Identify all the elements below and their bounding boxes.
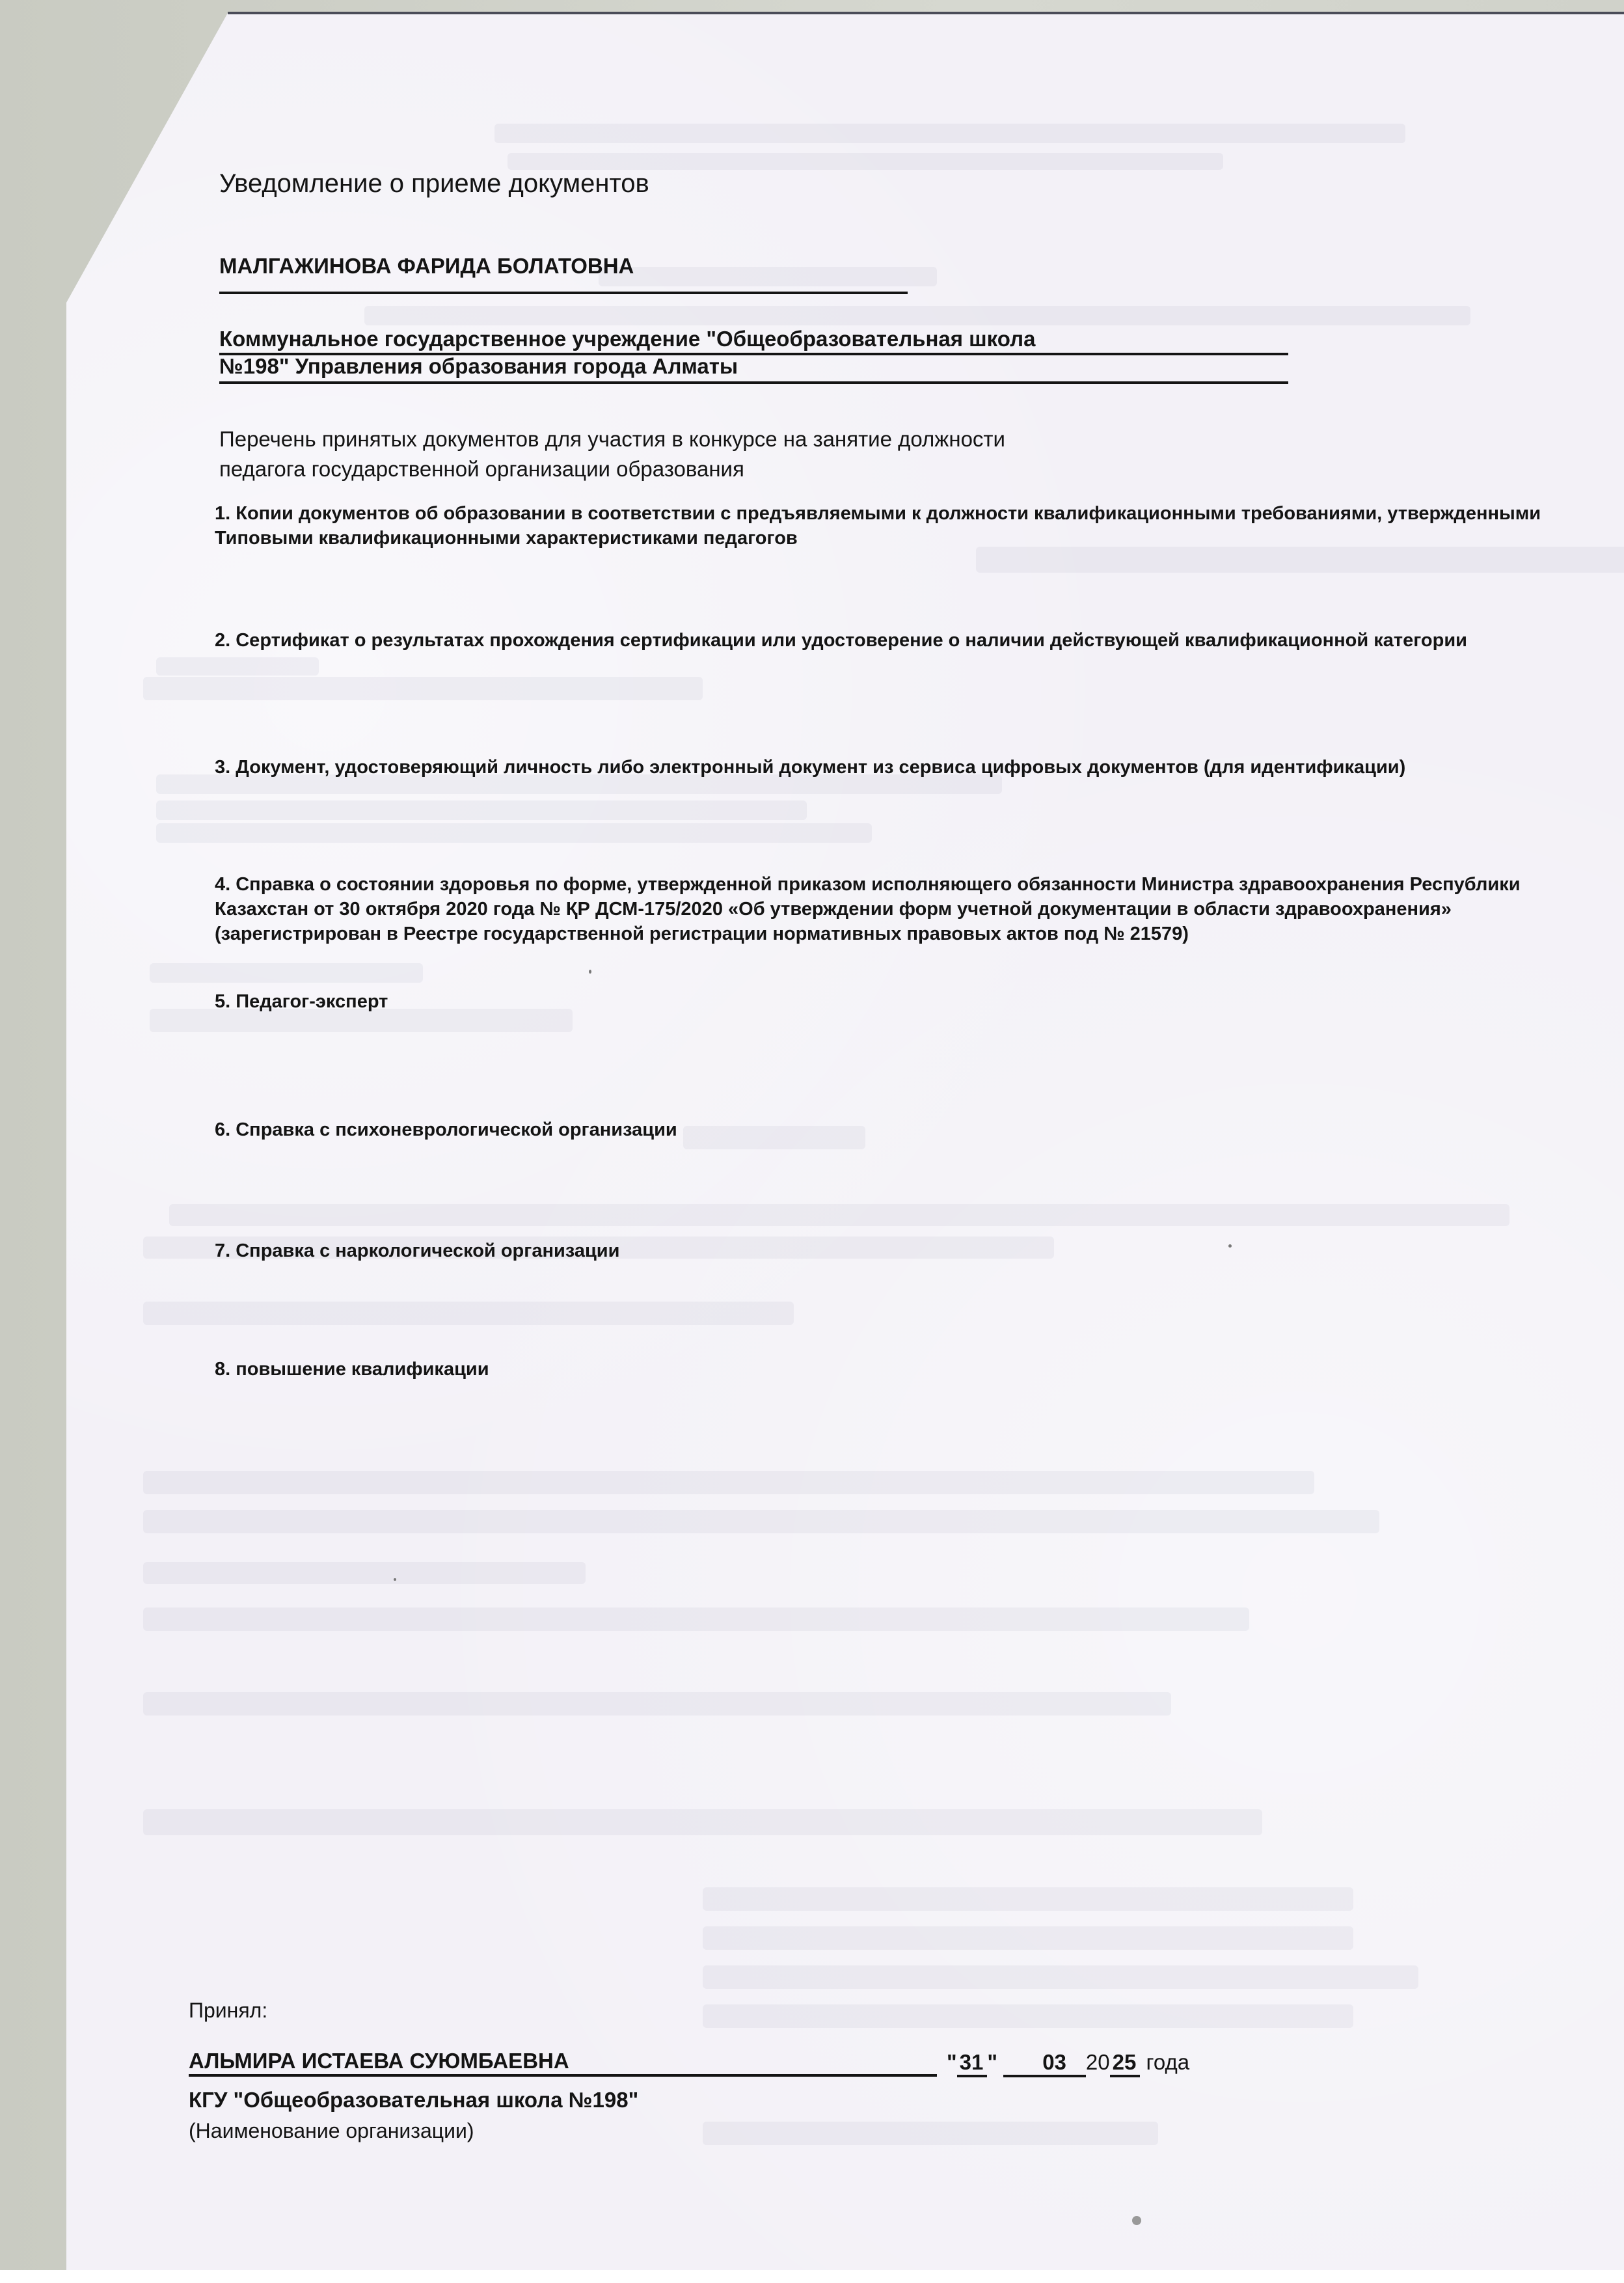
accepted-by-name: АЛЬМИРА ИСТАЕВА СУЮМБАЕВНА [189, 2050, 569, 2071]
document-item-1: 1. Копии документов об образовании в соо… [215, 501, 1594, 551]
document-item-5: 5. Педагог-эксперт [215, 989, 1594, 1014]
organization-caption: (Наименование организации) [189, 2120, 474, 2141]
date-month: 03 [1003, 2050, 1086, 2077]
list-intro-line-1: Перечень принятых документов для участия… [219, 424, 1293, 454]
organization-line-1: Коммунальное государственное учреждение … [219, 325, 1293, 353]
document-item-8: 8. повышение квалификации [215, 1357, 1594, 1382]
scan-bottom-margin [0, 2270, 1624, 2283]
date-day: 31 [957, 2050, 988, 2077]
organization-short-name: КГУ "Общеобразовательная школа №198" [189, 2089, 638, 2111]
applicant-name: МАЛГАЖИНОВА ФАРИДА БОЛАТОВНА [219, 255, 634, 277]
documents-list-intro: Перечень принятых документов для участия… [219, 424, 1293, 484]
organization-underline-2 [219, 381, 1288, 384]
date-year-word: года [1146, 2050, 1190, 2075]
date-quote-close: " [987, 2050, 997, 2075]
organization-underline-1 [219, 353, 1288, 355]
accepted-by-label: Принял: [189, 2000, 267, 2021]
acceptance-date: "31 " 032025 года [947, 2050, 1189, 2077]
date-quote-open: " [947, 2050, 957, 2075]
document-item-4: 4. Справка о состоянии здоровья по форме… [215, 872, 1555, 946]
document-item-2: 2. Сертификат о результатах прохождения … [215, 628, 1594, 653]
document-item-7: 7. Справка с наркологической организации [215, 1238, 1594, 1263]
list-intro-line-2: педагога государственной организации обр… [219, 454, 1293, 484]
date-month-value: 03 [1042, 2050, 1066, 2075]
document-item-3: 3. Документ, удостоверяющий личность либ… [215, 755, 1451, 780]
date-year-suffix: 25 [1110, 2050, 1141, 2077]
document-item-6: 6. Справка с психоневрологической органи… [215, 1117, 1594, 1142]
date-year-prefix: 20 [1086, 2050, 1110, 2075]
document-title: Уведомление о приеме документов [219, 171, 649, 197]
organization-line-2: №198" Управления образования города Алма… [219, 353, 1293, 380]
accepted-by-underline [189, 2074, 937, 2077]
page-top-edge [228, 12, 1624, 14]
applicant-name-underline [219, 292, 908, 294]
